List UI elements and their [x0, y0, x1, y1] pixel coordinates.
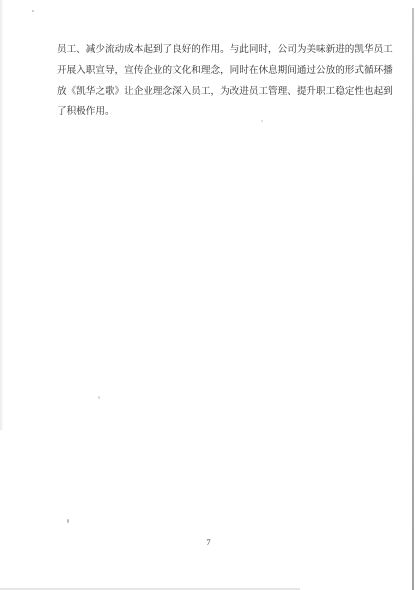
- scan-speck: [98, 396, 100, 399]
- scan-speck: [67, 519, 69, 523]
- scan-speck: [32, 10, 34, 12]
- page-left-edge-shadow: [0, 0, 3, 430]
- paragraph-line-1: 员工、减少流动成本起到了良好的作用。与此同时，公司为美味新进的凯华员工: [57, 40, 376, 61]
- page-right-edge-shadow: [412, 8, 414, 590]
- paragraph-line-4: 了积极作用。: [57, 102, 376, 123]
- scan-speck: [261, 120, 263, 122]
- paragraph-line-3: 放《凯华之歌》让企业理念深入员工，为改进员工管理、提升职工稳定性也起到: [57, 82, 376, 103]
- paragraph: 员工、减少流动成本起到了良好的作用。与此同时，公司为美味新进的凯华员工 开展入职…: [57, 40, 376, 123]
- page-number: 7: [0, 537, 417, 547]
- scanned-document-page: 员工、减少流动成本起到了良好的作用。与此同时，公司为美味新进的凯华员工 开展入职…: [0, 0, 417, 590]
- paragraph-line-2: 开展入职宣导，宣传企业的文化和理念，同时在休息期间通过公放的形式循环播: [57, 61, 376, 82]
